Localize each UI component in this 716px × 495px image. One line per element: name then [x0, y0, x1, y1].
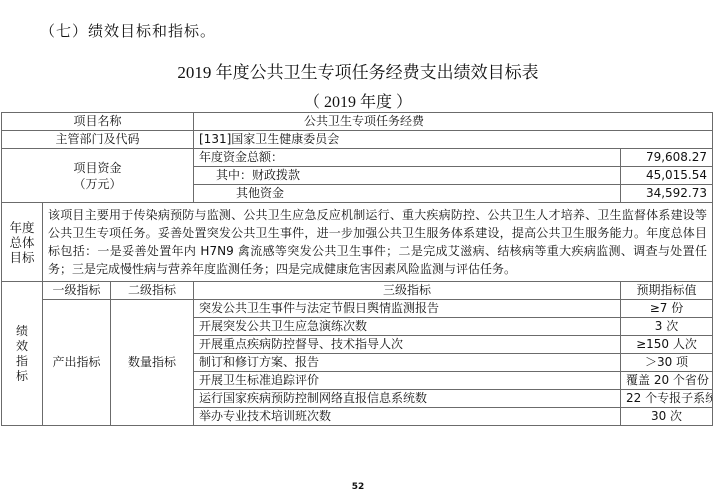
expected-value: ≥150 人次 [621, 336, 713, 354]
project-name-label: 项目名称 [2, 113, 194, 131]
expected-value: 覆盖 20 个省份 [621, 372, 713, 390]
level3-indicator: 突发公共卫生事件与法定节假日舆情监测报告 [194, 300, 621, 318]
annual-goal-text: 该项目主要用于传染病预防与监测、公共卫生应急反应机制运行、重大疾病防控、公共卫生… [43, 203, 713, 282]
level3-indicator: 运行国家疾病预防控制网络直报信息系统数 [194, 390, 621, 408]
document-subtitle: （ 2019 年度 ） [0, 89, 716, 112]
indicator-row: 产出指标 数量指标 突发公共卫生事件与法定节假日舆情监测报告 ≥7 份 [2, 300, 713, 318]
indicator-header-row: 绩效指标 一级指标 二级指标 三级指标 预期指标值 [2, 282, 713, 300]
project-name-row: 项目名称 公共卫生专项任务经费 [2, 113, 713, 131]
level1-value: 产出指标 [43, 300, 111, 426]
funds-label: 项目资金 [7, 160, 188, 176]
expected-value: ＞30 项 [621, 354, 713, 372]
expected-value: 30 次 [621, 408, 713, 426]
performance-target-table: 项目名称 公共卫生专项任务经费 主管部门及代码 [131]国家卫生健康委员会 项… [1, 112, 713, 426]
funds-row-total: 项目资金 （万元） 年度资金总额： 79,608.27 [2, 149, 713, 167]
department-row: 主管部门及代码 [131]国家卫生健康委员会 [2, 131, 713, 149]
expected-value: ≥7 份 [621, 300, 713, 318]
funds-other-value: 34,592.73 [621, 185, 713, 203]
expected-value: 3 次 [621, 318, 713, 336]
funds-other-label: 其他资金 [194, 185, 621, 203]
department-value: [131]国家卫生健康委员会 [194, 131, 713, 149]
project-name-value: 公共卫生专项任务经费 [194, 113, 713, 131]
funds-unit: （万元） [7, 176, 188, 192]
annual-goal-row: 年度总体目标 该项目主要用于传染病预防与监测、公共卫生应急反应机制运行、重大疾病… [2, 203, 713, 282]
level3-indicator: 开展突发公共卫生应急演练次数 [194, 318, 621, 336]
funds-fiscal-value: 45,015.54 [621, 167, 713, 185]
header-level1: 一级指标 [43, 282, 111, 300]
section-heading: （七）绩效目标和指标。 [40, 20, 216, 41]
funds-fiscal-label: 其中：财政拨款 [194, 167, 621, 185]
document-title: 2019 年度公共卫生专项任务经费支出绩效目标表 [0, 58, 716, 83]
level3-indicator: 制订和修订方案、报告 [194, 354, 621, 372]
funds-total-value: 79,608.27 [621, 149, 713, 167]
department-label: 主管部门及代码 [2, 131, 194, 149]
level3-indicator: 开展重点疾病防控督导、技术指导人次 [194, 336, 621, 354]
funds-label-cell: 项目资金 （万元） [2, 149, 194, 203]
level2-value: 数量指标 [111, 300, 194, 426]
header-level2: 二级指标 [111, 282, 194, 300]
annual-goal-label: 年度总体目标 [2, 203, 43, 282]
funds-total-label: 年度资金总额： [194, 149, 621, 167]
header-level3: 三级指标 [194, 282, 621, 300]
page-number: 52 [0, 482, 716, 492]
level3-indicator: 举办专业技术培训班次数 [194, 408, 621, 426]
indicators-label: 绩效指标 [2, 282, 43, 426]
level3-indicator: 开展卫生标准追踪评价 [194, 372, 621, 390]
header-expected: 预期指标值 [621, 282, 713, 300]
expected-value: 22 个专报子系统 [621, 390, 713, 408]
